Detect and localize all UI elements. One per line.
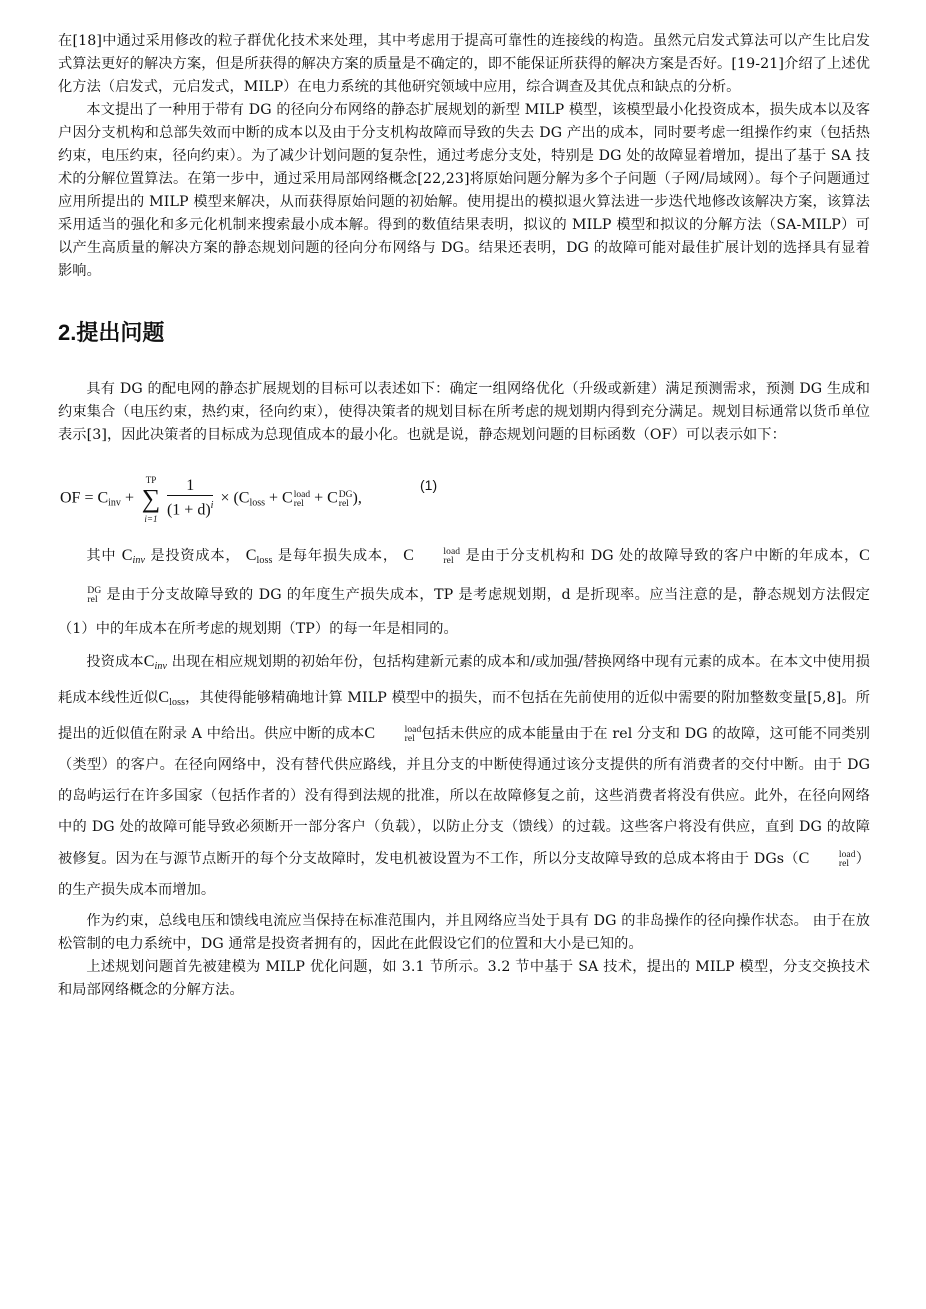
- text: 其中: [86, 548, 116, 564]
- sym-c: C: [859, 547, 870, 564]
- eq-lhs: OF = C: [60, 489, 108, 506]
- sum-lower: i=1: [140, 514, 162, 524]
- paragraph-outline: 上述规划问题首先被建模为 MILP 优化问题，如 3.1 节所示。3.2 节中基…: [58, 956, 870, 1002]
- discount-fraction: 1(1 + d)i: [167, 477, 213, 520]
- sym-c-loss: Closs: [246, 547, 273, 564]
- sub-rel: rel: [376, 735, 421, 744]
- paragraph-symbol-definitions: 其中 Cinv 是投资成本， Closs 是每年损失成本， Cloadrel 是…: [58, 539, 870, 646]
- eq-rel-load: loadrel: [294, 491, 310, 509]
- sym-c-inv: Cinv: [144, 653, 167, 670]
- sym-c-rel-load: Cloadrel: [403, 547, 460, 564]
- section-heading: 2.提出问题: [58, 319, 870, 347]
- sym-c: C: [403, 547, 414, 564]
- sym-c: C: [122, 547, 133, 564]
- paragraph-cost-components: 投资成本Cinv 出现在相应规划期的初始年份，包括构建新元素的成本和/或加强/替…: [58, 646, 870, 906]
- sub-inv: inv: [155, 661, 168, 672]
- sub-loss: loss: [169, 697, 185, 708]
- eq-close: ),: [353, 489, 362, 506]
- sub-rel: rel: [810, 860, 855, 869]
- eq-plus: +: [121, 489, 138, 506]
- frac-denominator: (1 + d)i: [167, 496, 213, 520]
- sym-c-rel-load: Cloadrel: [364, 725, 421, 742]
- sub-loss: loss: [257, 555, 273, 566]
- eq-rel-dg: DGrel: [339, 491, 353, 509]
- paragraph-problem-statement: 具有 DG 的配电网的静态扩展规划的目标可以表述如下：确定一组网络优化（升级或新…: [58, 378, 870, 447]
- equation-number: (1): [420, 477, 437, 493]
- sym-c-loss: Closs: [158, 689, 185, 706]
- sub-rel: rel: [59, 596, 101, 605]
- text: 是由于分支机构和 DG 处的故障导致的客户中断的年成本，: [465, 548, 859, 564]
- sub-rel: rel: [415, 557, 460, 566]
- frac-den-exp: i: [211, 500, 214, 511]
- sub-rel: rel: [294, 500, 310, 509]
- eq-loss-sub: loss: [249, 497, 265, 508]
- eq-plus3: + C: [310, 489, 338, 506]
- sym-c: C: [144, 653, 155, 670]
- frac-numerator: 1: [167, 477, 213, 496]
- frac-den-base: (1 + d): [167, 501, 211, 518]
- eq-times: × (C: [216, 489, 249, 506]
- paragraph-constraints: 作为约束，总线电压和馈线电流应当保持在标准范围内，并且网络应当处于具有 DG 的…: [58, 910, 870, 956]
- equation-body: OF = Cinv + TP∑i=11(1 + d)i × (Closs + C…: [60, 477, 362, 520]
- paragraph-contribution: 本文提出了一种用于带有 DG 的径向分布网络的静态扩展规划的新型 MILP 模型…: [58, 99, 870, 283]
- text: 是投资成本，: [150, 548, 240, 564]
- sym-c: C: [364, 725, 375, 742]
- sym-c-rel-load: Cloadrel: [799, 850, 856, 867]
- sub-inv: inv: [133, 555, 146, 566]
- sym-c-inv: Cinv: [122, 547, 145, 564]
- text: 是由于分支故障导致的 DG 的年度生产损失成本，TP 是考虑规划期，d 是折现率…: [58, 587, 870, 637]
- text: 包括未供应的成本能量由于在 rel 分支和 DG 的故障，这可能不同类别（类型）…: [58, 726, 870, 867]
- sym-c: C: [246, 547, 257, 564]
- document-page: 在[18]中通过采用修改的粒子群优化技术来处理，其中考虑用于提高可靠性的连接线的…: [58, 30, 870, 1002]
- eq-inv-sub: inv: [108, 497, 121, 508]
- equation-1: OF = Cinv + TP∑i=11(1 + d)i × (Closs + C…: [58, 459, 870, 517]
- sym-c: C: [158, 689, 169, 706]
- sym-c: C: [799, 850, 810, 867]
- text: 是每年损失成本，: [278, 548, 398, 564]
- sum-upper: TP: [140, 475, 162, 485]
- sub-rel: rel: [339, 500, 353, 509]
- summation-symbol: TP∑i=1: [140, 486, 162, 512]
- eq-plus2: + C: [265, 489, 293, 506]
- paragraph-intro-related-work: 在[18]中通过采用修改的粒子群优化技术来处理，其中考虑用于提高可靠性的连接线的…: [58, 30, 870, 99]
- text: 投资成本: [86, 654, 143, 670]
